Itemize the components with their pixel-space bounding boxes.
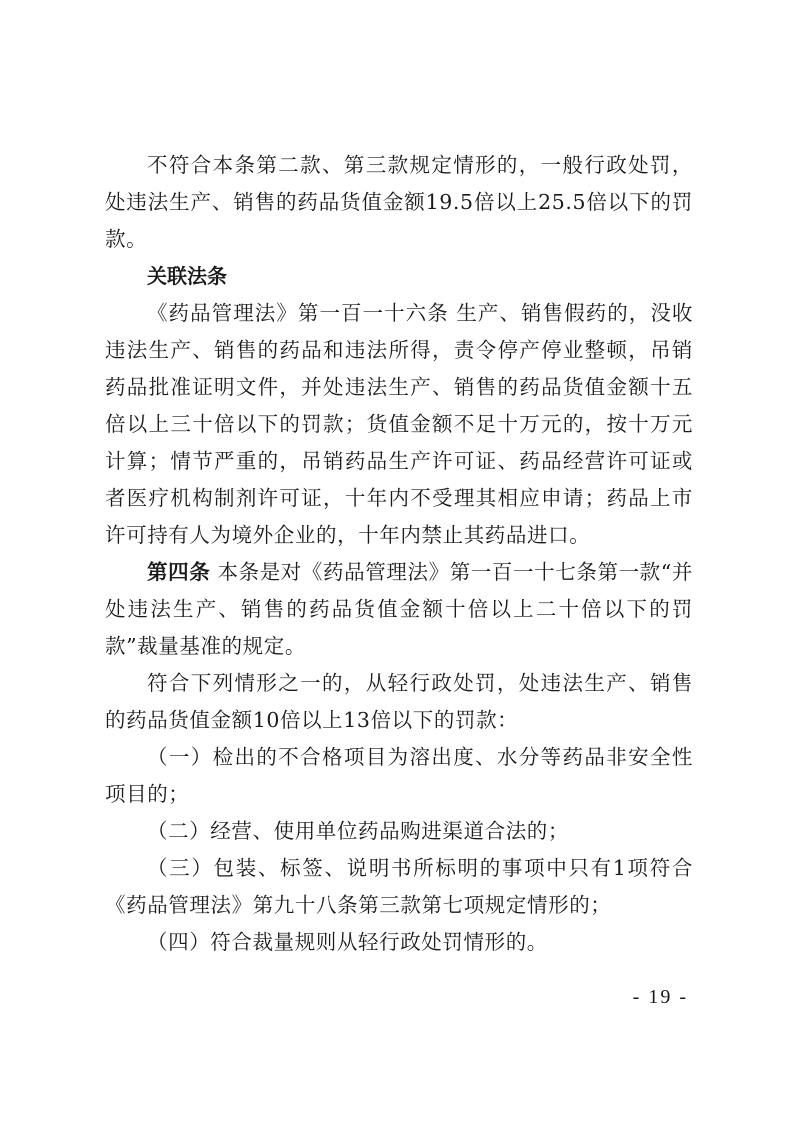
list-item-2: （二）经营、使用单位药品购进渠道合法的； <box>105 813 693 850</box>
paragraph-article-4: 第四条 本条是对《药品管理法》第一百一十七条第一款“并处违法生产、销售的药品货值… <box>105 554 693 665</box>
page-number: - 19 - <box>633 986 688 1009</box>
paragraph-general-penalty: 不符合本条第二款、第三款规定情形的，一般行政处罚，处违法生产、销售的药品货值金额… <box>105 147 693 258</box>
paragraph-lighter-penalty: 符合下列情形之一的，从轻行政处罚，处违法生产、销售的药品货值金额10倍以上13倍… <box>105 665 693 739</box>
article-4-label: 第四条 <box>147 560 210 584</box>
list-item-4: （四）符合裁量规则从轻行政处罚情形的。 <box>105 924 693 961</box>
list-item-3: （三）包装、标签、说明书所标明的事项中只有1项符合《药品管理法》第九十八条第三款… <box>105 850 693 924</box>
paragraph-drug-law-article-116: 《药品管理法》第一百一十六条 生产、销售假药的，没收违法生产、销售的药品和违法所… <box>105 295 693 554</box>
related-articles-heading: 关联法条 <box>105 258 693 295</box>
list-item-1: （一）检出的不合格项目为溶出度、水分等药品非安全性项目的； <box>105 739 693 813</box>
document-page: 不符合本条第二款、第三款规定情形的，一般行政处罚，处违法生产、销售的药品货值金额… <box>105 147 693 961</box>
